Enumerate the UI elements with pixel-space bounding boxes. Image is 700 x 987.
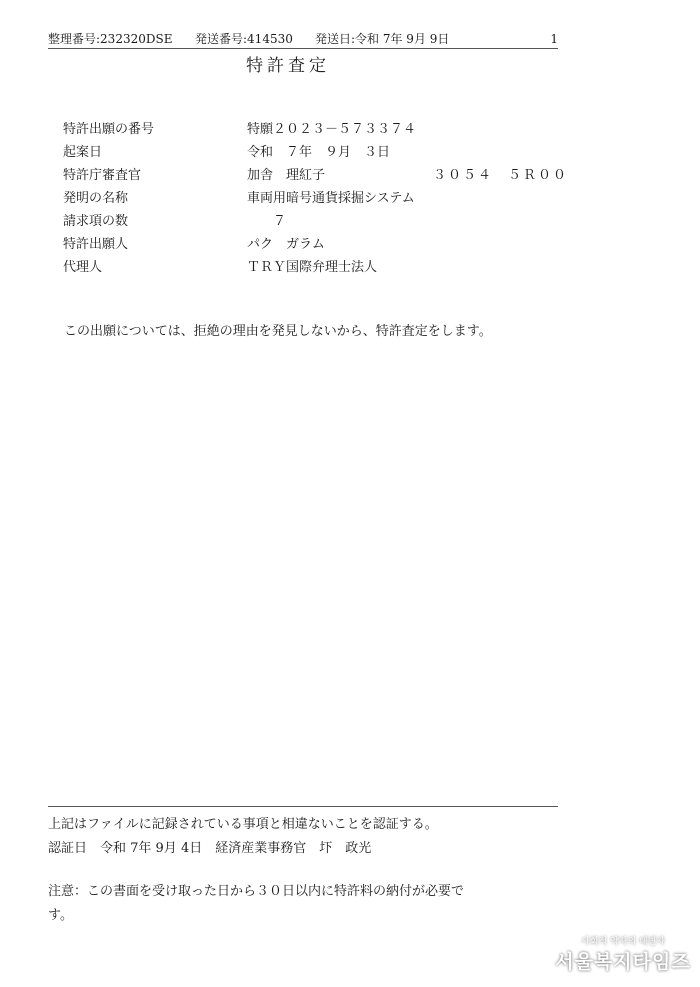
field-value: ＴＲＹ国際弁理士法人 [247, 257, 377, 279]
field-value: 令和 ７年 ９月 ３日 [247, 142, 390, 164]
reference-number: 整理番号:232320DSE [48, 31, 195, 48]
dispatch-date: 発送日:令和 7年 9月 9日 [315, 31, 546, 48]
field-label: 代理人 [63, 257, 243, 279]
divider [48, 806, 558, 807]
field-label: 起案日 [63, 142, 243, 164]
document-header: 整理番号:232320DSE 発送番号:414530 発送日:令和 7年 9月 … [48, 31, 558, 49]
field-label: 特許出願の番号 [63, 119, 243, 141]
field-label: 請求項の数 [63, 211, 243, 233]
field-value: 加舎 理紅子 [247, 165, 325, 187]
examiner-code: ３０５４ ５Ｒ００ [433, 165, 568, 187]
decision-statement: この出願については、拒絶の理由を発見しないから、特許査定をします。 [64, 320, 492, 339]
watermark-subtitle: 사회적 약자의 대변자 [548, 934, 698, 947]
field-label: 発明の名称 [63, 188, 243, 210]
dispatch-number: 発送番号:414530 [195, 31, 315, 48]
field-label: 特許出願人 [63, 234, 243, 256]
field-value: 特願２０２３－５７３３７４ [247, 119, 416, 141]
field-value: 車両用暗号通貨採掘システム [247, 188, 415, 210]
payment-notice: 注意：この書面を受け取った日から３０日以内に特許料の納付が必要です。 [48, 880, 488, 928]
watermark-logo: 사회적 약자의 대변자 서울복지타임즈 [548, 934, 698, 974]
certification-line: 認証日 令和 7年 9月 4日 経済産業事務官 圷 政光 [48, 837, 371, 856]
field-label: 特許庁審査官 [63, 165, 243, 187]
field-value: パク ガラム [247, 234, 325, 256]
document-title: 特許査定 [246, 51, 330, 76]
certification-statement: 上記はファイルに記録されている事項と相違ないことを認証する。 [48, 813, 438, 832]
watermark-name: 서울복지타임즈 [548, 947, 698, 974]
page-number: 1 [546, 31, 558, 48]
field-value: ７ [247, 211, 286, 233]
